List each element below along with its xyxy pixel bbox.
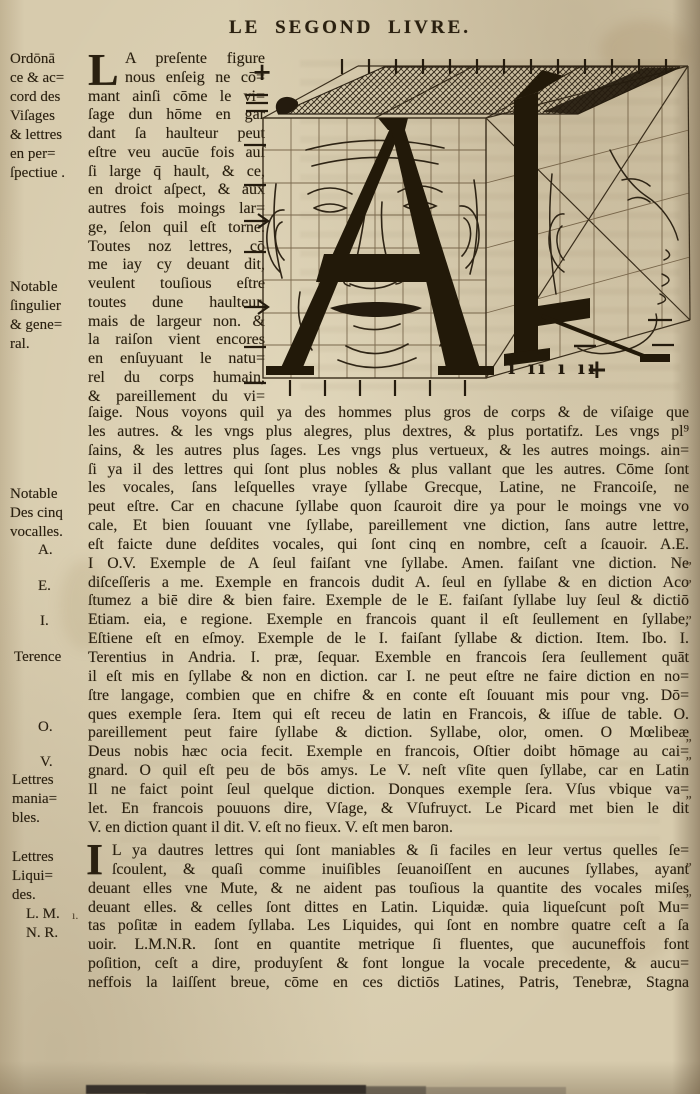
quote-mark: ”	[684, 755, 692, 771]
margin-note: ral.	[10, 336, 30, 353]
text-line: cale, Et bien ſouuant vne ſyllabe, parei…	[88, 517, 689, 536]
baseline-roman-ticks: ı ıı ı ıı	[508, 357, 598, 379]
text-line: eſtre veu aucūe fois auſ	[88, 144, 265, 163]
margin-note: O.	[38, 719, 53, 736]
text-line: ſi ya il des lettres qui ſont plus noble…	[88, 461, 689, 480]
ink-mark: ı.	[72, 908, 78, 923]
margin-note: des.	[12, 887, 36, 904]
text-line: toutes dune haulteur,	[88, 294, 265, 313]
text-line: Terentius in Andria. I. præ, ſequar. Exe…	[88, 649, 689, 668]
text-line: me iay cy deuant dit,	[88, 256, 265, 275]
margin-note: Terence	[14, 649, 61, 666]
text-line: ſi large q̄ hault, & ce,	[88, 163, 265, 182]
text-line: ſcoulent, & quaſi comme inuiſibles ſeuan…	[88, 861, 689, 880]
margin-note: Ordōnā	[10, 51, 55, 68]
drop-cap-I: I	[86, 838, 103, 882]
text-line: ques exemple ſera. Item qui eſt receu de…	[88, 706, 689, 725]
quote-mark: ”	[684, 614, 692, 630]
text-line: deuant elles. & celles ſont dittes en La…	[88, 899, 689, 918]
margin-note: L. M.	[26, 906, 60, 923]
margin-note: ſingulier	[10, 298, 61, 315]
margin-note: & gene=	[10, 317, 62, 334]
text-line: rel du corps humain,	[88, 369, 265, 388]
text-line: ſains, & les autres plus ſages. Les vngs…	[88, 442, 689, 461]
letter-a-front	[266, 118, 494, 375]
text-line: deuant elles vne Mute, & ne aident pas t…	[88, 880, 689, 899]
text-line: ſtumez a biē dire & bien faire. Exemple …	[88, 592, 689, 611]
text-line: pareillement peut faire ſyllabe & dictio…	[88, 724, 689, 743]
text-line: dant ſa haulteur peut	[88, 125, 265, 144]
margin-note: E.	[38, 578, 51, 595]
paragraph-liquides: I L ya dautres lettres qui ſont maniable…	[88, 842, 689, 993]
margin-note: ſpectiue .	[10, 165, 65, 182]
margin-note: cord des	[10, 89, 60, 106]
letter-a-perspective-figure: + ı ıı ı ıı +	[242, 54, 694, 404]
text-line: il eſt mis en ſyllabe & non en diction. …	[88, 668, 689, 687]
text-line: les autres. & les vngs plus alegres, plu…	[88, 423, 689, 442]
text-line: Il ne faict point ſeul quelque diction. …	[88, 781, 689, 800]
page-bottom-shadow	[86, 1085, 366, 1094]
quote-mark: ”	[684, 737, 692, 753]
margin-note: Des cinq	[10, 505, 63, 522]
text-line: ſaige. Nous voyons quil ya des hommes pl…	[88, 404, 689, 423]
margin-note: Viſages	[10, 108, 55, 125]
text-line: la raiſon vient encores	[88, 331, 265, 350]
quote-mark: ”	[684, 560, 692, 576]
text-line: Deus nobis hæc ocia fecit. Exemple en fr…	[88, 743, 689, 762]
text-line: autres fois moings lar=	[88, 200, 265, 219]
margin-note: bles.	[12, 810, 40, 827]
text-line: neffois la laiſſent breue, cōme en ces d…	[88, 974, 689, 993]
text-line: I O.V. Exemple de A ſeul faiſant vne ſyl…	[88, 555, 689, 574]
text-line: les vocales, ſans leſquelles vraye ſylla…	[88, 479, 689, 498]
text-line: mais de largeur non. &	[88, 313, 265, 332]
plus-mark-bottom-right: +	[586, 355, 608, 385]
text-line: en enſuyuant le natu=	[88, 350, 265, 369]
text-line: Toutes noz lettres, cō	[88, 238, 265, 257]
text-line: V. en diction quant il dit. V. eſt no fi…	[88, 819, 689, 838]
paragraph-visage: L A preſente figurenous enſeig ne cō=man…	[88, 50, 265, 406]
text-line: ſage dun hōme en gar	[88, 106, 265, 125]
quote-mark: ”	[684, 861, 692, 877]
text-line: veulent touſious eſtre	[88, 275, 265, 294]
text-line: eſt faicte dune deſdites vocales, qui ſo…	[88, 536, 689, 555]
text-line: L ya dautres lettres qui ſont maniables …	[88, 842, 689, 861]
margin-note: & lettres	[10, 127, 62, 144]
margin-note: Lettres	[12, 849, 54, 866]
text-line: uoir. L.M.N.R. ſont en quantite metrique…	[88, 936, 689, 955]
front-mouth	[330, 302, 422, 317]
text-line: en droict aſpect, & aux	[88, 181, 265, 200]
quote-mark: ”	[684, 892, 692, 908]
margin-note: en per=	[10, 146, 56, 163]
margin-note: vocalles.	[10, 524, 63, 541]
margin-note: V.	[40, 754, 53, 771]
margin-note: ce & ac=	[10, 70, 64, 87]
text-line: Eſtiene eſt en eſmoy. Exemple de le I. f…	[88, 630, 689, 649]
text-line: gnard. O quil eſt peu de bōs amys. Le V.…	[88, 762, 689, 781]
text-line: let. En francois pouuons dire, Vſage, & …	[88, 800, 689, 819]
margin-note: I.	[40, 613, 49, 630]
margin-note: mania=	[12, 791, 57, 808]
text-line: ge, ſelon quil eſt torne.	[88, 219, 265, 238]
margin-note: Notable	[10, 486, 57, 503]
margin-note: Liqui=	[12, 868, 53, 885]
text-line: Etiam. eia, e regione. Exemple en franco…	[88, 611, 689, 630]
text-line: peut eſtre. Car en chacune ſyllabe quon …	[88, 498, 689, 517]
text-line: tas poſitæ in eadem ſyllaba. Les Liquide…	[88, 917, 689, 936]
text-line: poſition, ceſt a dire, produyſent & font…	[88, 955, 689, 974]
page-title: LE SEGOND LIVRE.	[0, 17, 700, 39]
drop-cap-L: L	[88, 47, 119, 93]
text-line: diſceſſeris a me. Exemple en francois du…	[88, 574, 689, 593]
margin-note: Lettres	[12, 772, 54, 789]
margin-note: Notable	[10, 279, 57, 296]
text-line: ſtre langage, combien que en chifre & en…	[88, 687, 689, 706]
margin-note: N. R.	[26, 925, 58, 942]
paragraph-vocales: ſaige. Nous voyons quil ya des hommes pl…	[88, 404, 689, 837]
margin-note: A.	[38, 542, 53, 559]
quote-mark: ”	[684, 794, 692, 810]
plus-mark-top-left: +	[252, 57, 272, 86]
quote-mark: ”	[684, 578, 692, 594]
